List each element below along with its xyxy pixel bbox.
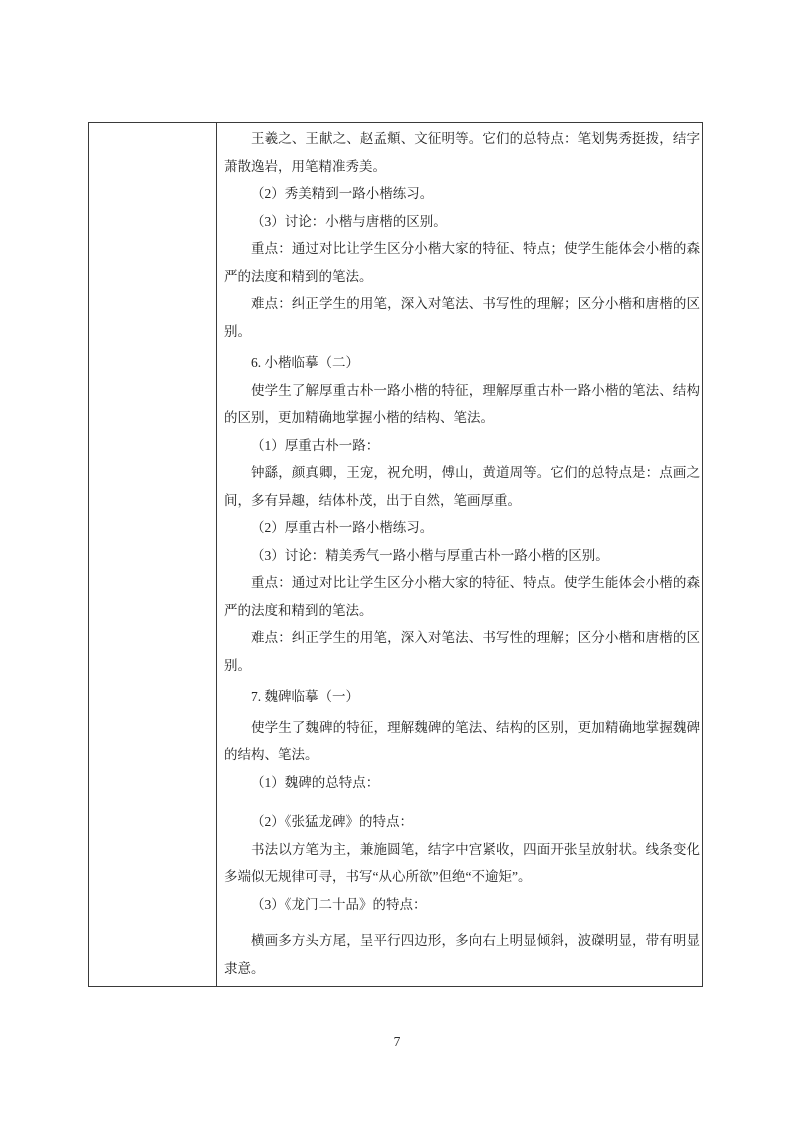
paragraph: 王羲之、王献之、赵孟頫、文征明等。它们的总特点：笔划隽秀挺拨，结字萧散逸岩，用笔… (224, 125, 700, 180)
document-page: 王羲之、王献之、赵孟頫、文征明等。它们的总特点：笔划隽秀挺拨，结字萧散逸岩，用笔… (0, 0, 794, 1123)
section-heading: 7. 魏碑临摹（一） (224, 683, 700, 711)
page-number: 7 (0, 1034, 794, 1050)
paragraph: 使学生了魏碑的特征，理解魏碑的笔法、结构的区别，更加精确地掌握魏碑的结构、笔法。 (224, 714, 700, 769)
lesson-plan-table: 王羲之、王献之、赵孟頫、文征明等。它们的总特点：笔划隽秀挺拨，结字萧散逸岩，用笔… (88, 122, 703, 987)
paragraph: 难点：纠正学生的用笔，深入对笔法、书写性的理解；区分小楷和唐楷的区别。 (224, 624, 700, 679)
paragraph: 难点：纠正学生的用笔，深入对笔法、书写性的理解；区分小楷和唐楷的区别。 (224, 290, 700, 345)
list-item: （3）讨论：精美秀气一路小楷与厚重古朴一路小楷的区别。 (224, 542, 700, 570)
list-item: （3）《龙门二十品》的特点： (224, 891, 700, 919)
table-content-cell: 王羲之、王献之、赵孟頫、文征明等。它们的总特点：笔划隽秀挺拨，结字萧散逸岩，用笔… (217, 123, 702, 986)
list-item: （1）厚重古朴一路： (224, 432, 700, 460)
paragraph: 横画多方头方尾，呈平行四边形，多向右上明显倾斜，波磔明显，带有明显隶意。 (224, 927, 700, 982)
paragraph: 使学生了解厚重古朴一路小楷的特征，理解厚重古朴一路小楷的笔法、结构的区别，更加精… (224, 377, 700, 432)
list-item: （2）秀美精到一路小楷练习。 (224, 180, 700, 208)
list-item: （2）厚重古朴一路小楷练习。 (224, 514, 700, 542)
paragraph: 钟繇，颜真卿，王宠，祝允明，傅山，黄道周等。它们的总特点是：点画之间，多有异趣，… (224, 459, 700, 514)
paragraph: 书法以方笔为主，兼施圆笔，结字中宫紧收，四面开张呈放射状。线条变化多端似无规律可… (224, 836, 700, 891)
paragraph: 重点：通过对比让学生区分小楷大家的特征、特点；使学生能体会小楷的森严的法度和精到… (224, 235, 700, 290)
table-left-cell (89, 123, 217, 986)
list-item: （2）《张猛龙碑》的特点： (224, 808, 700, 836)
paragraph: 重点：通过对比让学生区分小楷大家的特征、特点。使学生能体会小楷的森严的法度和精到… (224, 569, 700, 624)
section-heading: 6. 小楷临摹（二） (224, 349, 700, 377)
list-item: （3）讨论：小楷与唐楷的区别。 (224, 208, 700, 236)
list-item: （1）魏碑的总特点： (224, 769, 700, 797)
